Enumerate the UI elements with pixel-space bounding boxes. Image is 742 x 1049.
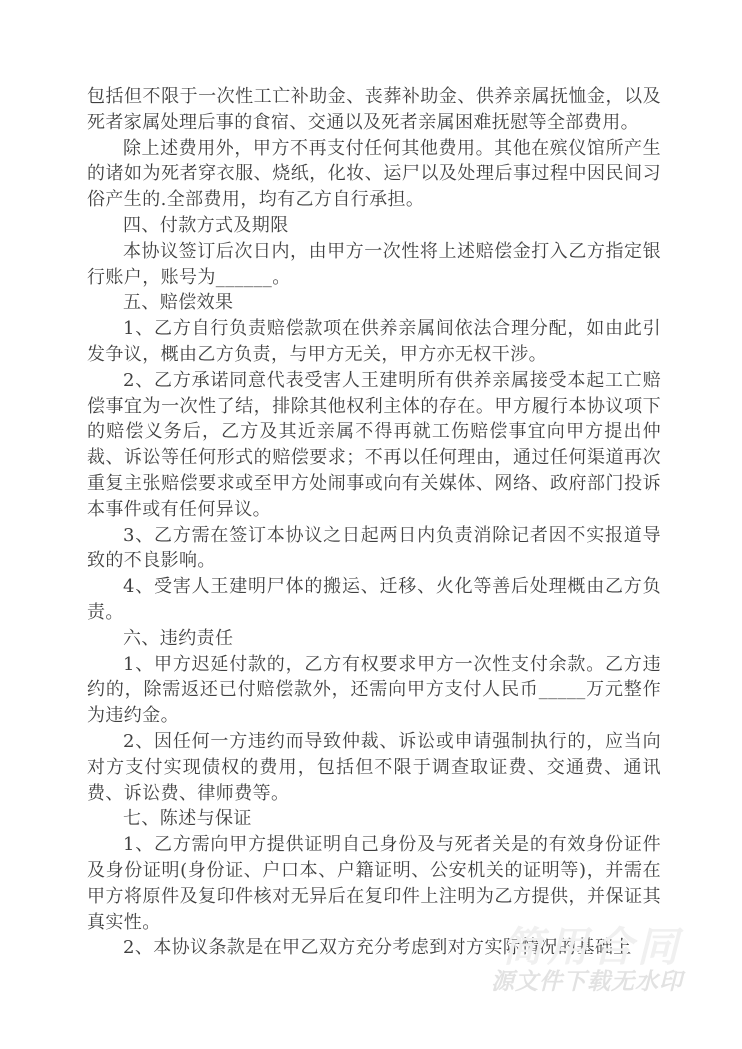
- watermark-tagline-text: 源文件下载无水印: [491, 963, 683, 996]
- section-heading-compensation-effect: 五、赔偿效果: [87, 290, 661, 316]
- paragraph-effect-item-4: 4、受害人王建明尸体的搬运、迁移、火化等善后处理概由乙方负责。: [87, 574, 661, 626]
- paragraph-compensation-scope-continued: 包括但不限于一次性工亡补助金、丧葬补助金、供养亲属抚恤金，以及死者家属处理后事的…: [87, 84, 661, 136]
- paragraph-breach-item-2: 2、因任何一方违约而导致仲裁、诉讼或申请强制执行的，应当向对方支付实现债权的费用…: [87, 729, 661, 806]
- section-heading-breach-liability: 六、违约责任: [87, 626, 661, 652]
- paragraph-other-fees: 除上述费用外，甲方不再支付任何其他费用。其他在殡仪馆所产生的诸如为死者穿衣服、烧…: [87, 136, 661, 213]
- section-heading-representations: 七、陈述与保证: [87, 806, 661, 832]
- paragraph-effect-item-2: 2、乙方承诺同意代表受害人王建明所有供养亲属接受本起工亡赔偿事宜为一次性了结，排…: [87, 368, 661, 523]
- paragraph-effect-item-3: 3、乙方需在签订本协议之日起两日内负责消除记者因不实报道导致的不良影响。: [87, 523, 661, 575]
- paragraph-effect-item-1: 1、乙方自行负责赔偿款项在供养亲属间依法合理分配，如由此引发争议，概由乙方负责，…: [87, 316, 661, 368]
- section-heading-payment-terms: 四、付款方式及期限: [87, 213, 661, 239]
- paragraph-breach-item-1: 1、甲方迟延付款的，乙方有权要求甲方一次性支付余款。乙方违约的，除需返还已付赔偿…: [87, 652, 661, 729]
- document-page: 包括但不限于一次性工亡补助金、丧葬补助金、供养亲属抚恤金，以及死者家属处理后事的…: [0, 0, 742, 1049]
- paragraph-payment-account: 本协议签订后次日内，由甲方一次性将上述赔偿金打入乙方指定银行账户，账号为____…: [87, 239, 661, 291]
- contract-text-block: 包括但不限于一次性工亡补助金、丧葬补助金、供养亲属抚恤金，以及死者家属处理后事的…: [87, 84, 661, 961]
